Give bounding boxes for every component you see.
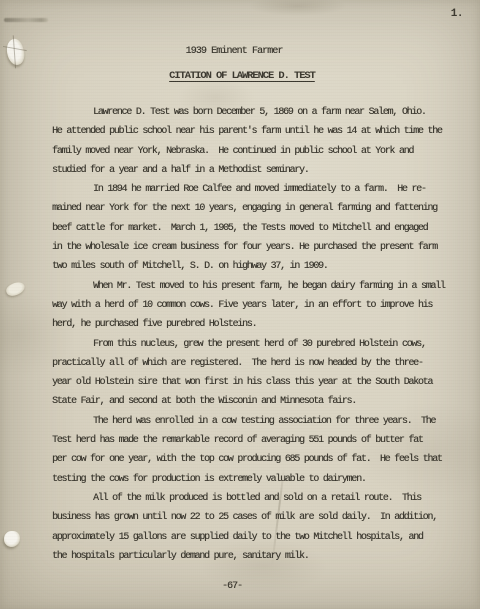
text-line: He attended public school near his paren… — [52, 122, 452, 141]
document-page: 1. 1939 Eminent Farmer CITATION OF LAWRE… — [0, 0, 480, 609]
text-line: year old Holstein sire that won first in… — [52, 373, 452, 392]
document-body: Lawrence D. Test was born December 5, 18… — [52, 103, 452, 566]
text-line: in the wholesale ice cream business for … — [52, 238, 452, 257]
text-line: business has grown until now 22 to 25 ca… — [52, 508, 452, 527]
text-line: In 1894 he married Roe Calfee and moved … — [52, 180, 452, 199]
text-line: per cow for one year, with the top cow p… — [52, 450, 452, 469]
text-line: approximately 15 gallons are supplied da… — [52, 528, 452, 547]
paper-hole — [4, 531, 20, 547]
text-line: State Fair, and second at both the Wisco… — [52, 392, 452, 411]
text-line: The herd was enrolled in a cow testing a… — [52, 412, 452, 431]
text-line: When Mr. Test moved to his present farm,… — [52, 277, 452, 296]
document-heading: 1939 Eminent Farmer — [0, 46, 468, 57]
text-line: the hospitals particularly demand pure, … — [52, 547, 452, 566]
text-line: All of the milk produced is bottled and … — [52, 489, 452, 508]
text-line: studied for a year and a half in a Metho… — [52, 161, 452, 180]
page-number: 1. — [451, 8, 463, 20]
text-line: Test herd has made the remarkable record… — [52, 431, 452, 450]
text-line: beef cattle for market. March 1, 1905, t… — [52, 219, 452, 238]
text-line: practically all of which are registered.… — [52, 354, 452, 373]
document-title: CITATION OF LAWRENCE D. TEST — [2, 70, 480, 82]
text-line: herd, he purchased five purebred Holstei… — [52, 315, 452, 334]
text-line: From this nucleus, grew the present herd… — [52, 335, 452, 354]
text-line: family moved near York, Nebraska. He con… — [52, 142, 452, 161]
text-line: testing the cows for production is extre… — [52, 470, 452, 489]
page-footer: -67- — [0, 581, 464, 592]
text-line: mained near York for the next 10 years, … — [52, 199, 452, 218]
text-line: Lawrence D. Test was born December 5, 18… — [52, 103, 452, 122]
text-line: way with a herd of 10 common cows. Five … — [52, 296, 452, 315]
paper-smudge — [4, 18, 48, 22]
paper-spot — [4, 280, 26, 299]
text-line: two miles south of Mitchell, S. D. on hi… — [52, 257, 452, 276]
